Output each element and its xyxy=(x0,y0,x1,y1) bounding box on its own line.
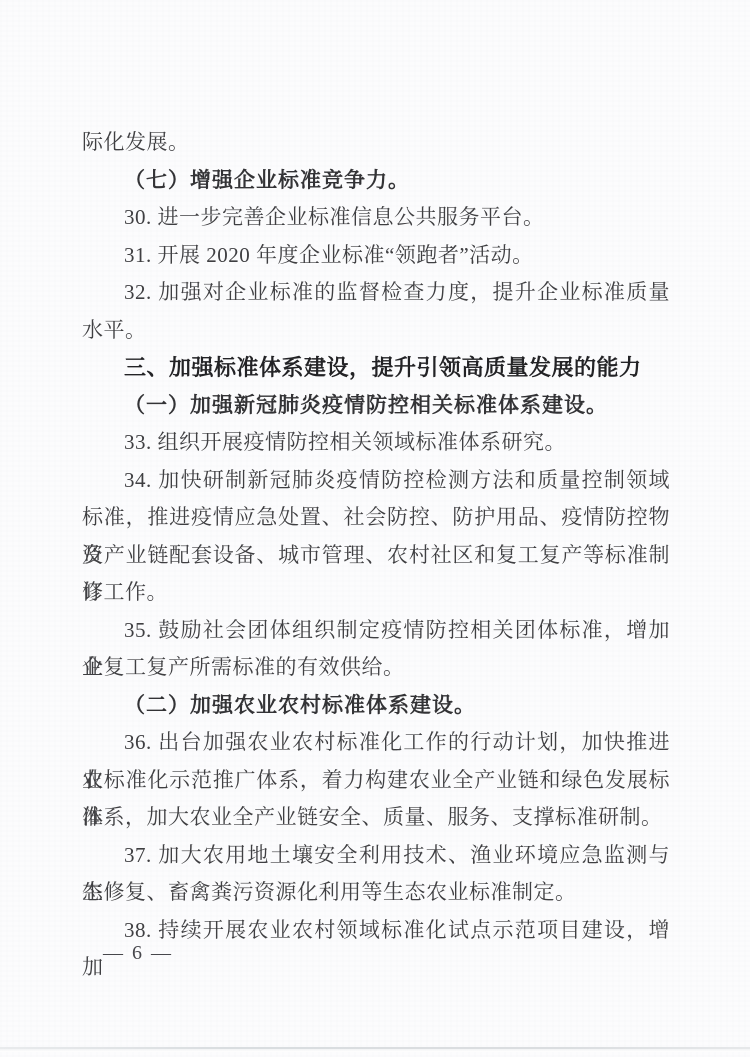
paragraph-line: 业标准化示范推广体系，着力构建农业全产业链和绿色发展标准 xyxy=(82,762,670,800)
page-bottom-edge-fade xyxy=(0,1049,750,1052)
item-30-line: 30. 进一步完善企业标准信息公共服务平台。 xyxy=(82,199,670,237)
item-33-line: 33. 组织开展疫情防控相关领域标准体系研究。 xyxy=(82,424,670,462)
paragraph-line: 标准，推进疫情应急处置、社会防控、防护用品、疫情防控物资 xyxy=(82,499,670,537)
paragraph-line: 态修复、畜禽粪污资源化利用等生态农业标准制定。 xyxy=(82,874,670,912)
item-31-line: 31. 开展 2020 年度企业标准“领跑者”活动。 xyxy=(82,237,670,275)
page-number: — 6 — xyxy=(103,940,173,966)
text-block: 际化发展。 （七）增强企业标准竞争力。 30. 进一步完善企业标准信息公共服务平… xyxy=(82,124,670,949)
paragraph-line: 及产业链配套设备、城市管理、农村社区和复工复产等标准制修 xyxy=(82,537,670,575)
item-35-line: 35. 鼓励社会团体组织制定疫情防控相关团体标准，增加企 xyxy=(82,612,670,650)
subsection-heading-two: （二）加强农业农村标准体系建设。 xyxy=(82,687,670,725)
subsection-heading-one: （一）加强新冠肺炎疫情防控相关标准体系建设。 xyxy=(82,387,670,425)
item-37-line: 37. 加大农用地土壤安全利用技术、渔业环境应急监测与生 xyxy=(82,837,670,875)
document-page: 际化发展。 （七）增强企业标准竞争力。 30. 进一步完善企业标准信息公共服务平… xyxy=(0,0,750,1057)
paragraph-line: 订工作。 xyxy=(82,574,670,612)
item-32-line: 32. 加强对企业标准的监督检查力度，提升企业标准质量 xyxy=(82,274,670,312)
paragraph-line: 际化发展。 xyxy=(82,124,670,162)
paragraph-line: 业复工复产所需标准的有效供给。 xyxy=(82,649,670,687)
subsection-heading-seven: （七）增强企业标准竞争力。 xyxy=(82,162,670,200)
item-34-line: 34. 加快研制新冠肺炎疫情防控检测方法和质量控制领域 xyxy=(82,462,670,500)
paragraph-line: 水平。 xyxy=(82,312,670,350)
item-36-line: 36. 出台加强农业农村标准化工作的行动计划，加快推进农 xyxy=(82,724,670,762)
paragraph-line: 体系，加大农业全产业链安全、质量、服务、支撑标准研制。 xyxy=(82,799,670,837)
section-heading-three: 三、加强标准体系建设，提升引领高质量发展的能力 xyxy=(82,349,670,387)
